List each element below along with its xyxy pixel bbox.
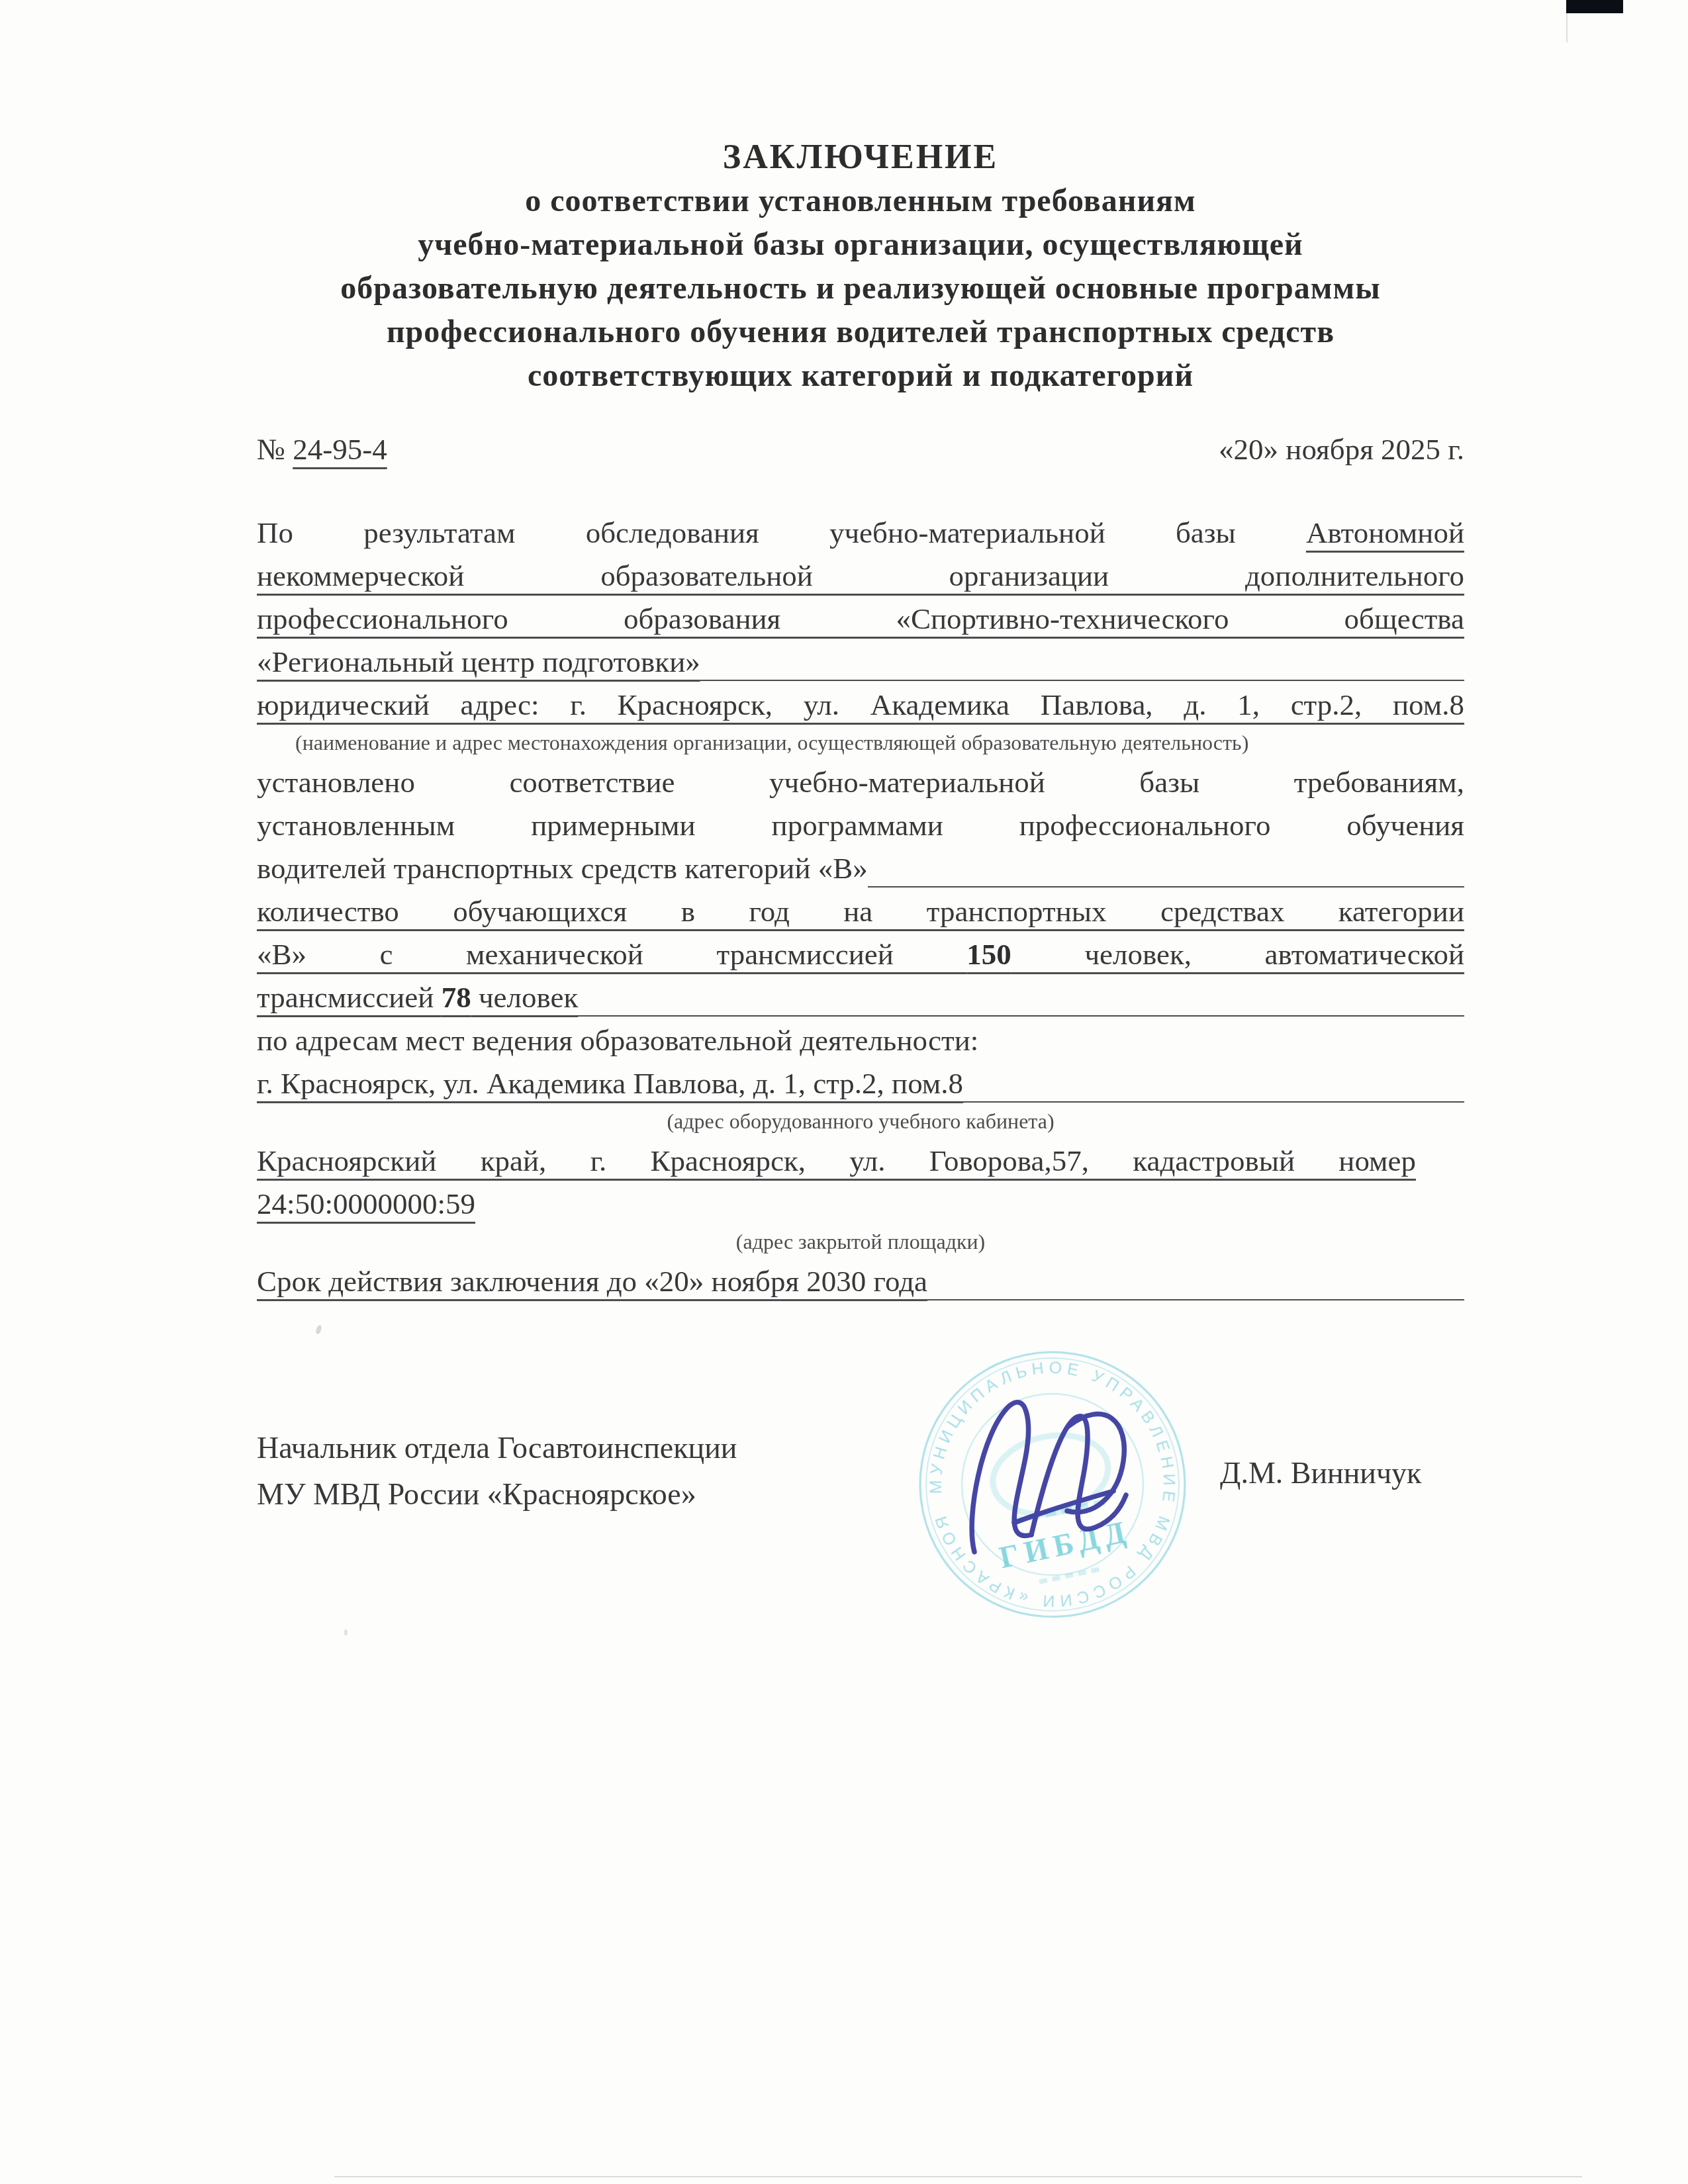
blank-underline xyxy=(700,641,1464,681)
scan-artifact-bar xyxy=(1566,0,1623,13)
body-line-9: количество обучающихся в год на транспор… xyxy=(257,890,1464,933)
document-content: ЗАКЛЮЧЕНИЕ о соответствии установленным … xyxy=(257,136,1464,1835)
blank-underline xyxy=(868,847,1464,887)
document-page: ЗАКЛЮЧЕНИЕ о соответствии установленным … xyxy=(0,0,1688,2184)
handwritten-signature xyxy=(956,1385,1135,1577)
caption-closed-track-address: (адрес закрытой площадки) xyxy=(257,1227,1464,1256)
caption-classroom-address: (адрес оборудованного учебного кабинета) xyxy=(257,1107,1464,1136)
title-line-5: профессионального обучения водителей тра… xyxy=(257,310,1464,354)
body-text: По результатам обследования учебно-матер… xyxy=(257,512,1464,1303)
signature-block: Начальник отдела Госавтоинспекции МУ МВД… xyxy=(257,1425,1464,1835)
body-line-7: установленным примерными программами про… xyxy=(257,804,1464,847)
body-line-4: «Региональный центр подготовки» xyxy=(257,641,1464,684)
body-line-12: по адресам мест ведения образовательной … xyxy=(257,1019,1464,1062)
body-line-2: некоммерческой образовательной организац… xyxy=(257,555,1464,598)
body-line-6: установлено соответствие учебно-материал… xyxy=(257,761,1464,804)
title-line-6: соответствующих категорий и подкатегорий xyxy=(257,354,1464,398)
body-line-14: Красноярский край, г. Красноярск, ул. Го… xyxy=(257,1140,1416,1183)
body-line-3: профессионального образования «Спортивно… xyxy=(257,598,1464,641)
body-line-5: юридический адрес: г. Красноярск, ул. Ак… xyxy=(257,684,1464,727)
caption-organization: (наименование и адрес местонахождения ор… xyxy=(257,728,1464,757)
body-line-10: «В» с механической трансмиссией 150 чело… xyxy=(257,933,1464,976)
doc-number-value: 24-95-4 xyxy=(293,433,387,466)
doc-number-label: № xyxy=(257,433,285,466)
blank-underline xyxy=(927,1260,1464,1300)
title-line-4: образовательную деятельность и реализующ… xyxy=(257,267,1464,310)
title-block: ЗАКЛЮЧЕНИЕ о соответствии установленным … xyxy=(257,136,1464,398)
signatory-name: Д.М. Винничук xyxy=(1220,1455,1421,1490)
students-count-automatic: 78 xyxy=(442,981,471,1014)
scan-speck xyxy=(344,1629,348,1635)
body-line-16: Срок действия заключения до «20» ноября … xyxy=(257,1260,1464,1303)
cadastral-number: 24:50:0000000:59 xyxy=(257,1187,475,1220)
doc-date: «20» ноября 2025 г. xyxy=(1219,432,1464,467)
scan-artifact-line xyxy=(1566,13,1568,42)
title-line-2: о соответствии установленным требованиям xyxy=(257,179,1464,223)
students-count-manual: 150 xyxy=(966,938,1011,971)
scan-artifact-bottom-line xyxy=(334,2176,1582,2177)
title-line-3: учебно-материальной базы организации, ос… xyxy=(257,223,1464,267)
body-line-15: 24:50:0000000:59 xyxy=(257,1183,1464,1226)
number-date-row: № 24-95-4 «20» ноября 2025 г. xyxy=(257,432,1464,467)
signature-stroke xyxy=(1031,1416,1126,1535)
body-line-13: г. Красноярск, ул. Академика Павлова, д.… xyxy=(257,1062,1464,1105)
validity-period: Срок действия заключения до «20» ноября … xyxy=(257,1260,927,1303)
doc-number: № 24-95-4 xyxy=(257,432,387,467)
signature-stroke xyxy=(972,1402,1031,1552)
blank-underline xyxy=(578,976,1464,1017)
body-line-11: трансмиссией 78 человек xyxy=(257,976,1464,1019)
body-line-1: По результатам обследования учебно-матер… xyxy=(257,512,1464,555)
blank-underline xyxy=(963,1062,1464,1103)
body-line-8: водителей транспортных средств категорий… xyxy=(257,847,1464,890)
document-title: ЗАКЛЮЧЕНИЕ xyxy=(257,136,1464,179)
